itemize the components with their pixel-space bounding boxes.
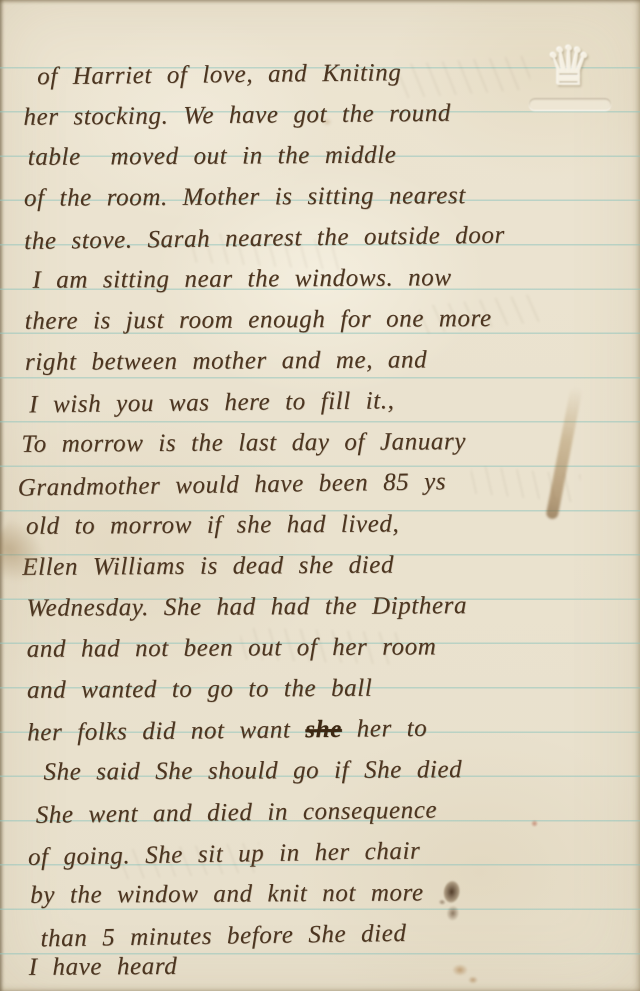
- letter-body: of Harriet of love, and Kniting her stoc…: [23, 58, 633, 991]
- handwritten-line: Grandmother would have been 85 ys: [18, 465, 631, 515]
- line-text-after-strike: her to: [342, 715, 428, 743]
- handwritten-line: of Harriet of love, and Kniting: [37, 57, 627, 105]
- handwritten-line: there is just room enough for one more: [25, 304, 629, 349]
- handwritten-line: of the room. Mother is sitting nearest: [24, 181, 628, 226]
- handwritten-line: than 5 minutes before She died: [40, 917, 633, 967]
- letter-page: ♛ of Harriet of love, and Kniting her st…: [0, 0, 640, 991]
- handwritten-line: I wish you was here to fill it.,: [29, 385, 629, 433]
- handwritten-line: the stove. Sarah nearest the outside doo…: [24, 220, 628, 269]
- handwritten-line: of going. She sit up in her chair: [28, 834, 633, 885]
- handwritten-line-with-strikethrough: her folks did not want she her to: [27, 713, 631, 761]
- handwritten-line: To morrow is the last day of January: [21, 427, 629, 472]
- handwritten-line: and had not been out of her room: [27, 632, 631, 677]
- handwritten-line: by the window and knit not more: [30, 878, 632, 923]
- handwritten-line: her stocking. We have got the round: [23, 98, 627, 145]
- handwritten-line: Wednesday. She had had the Dipthera: [26, 591, 630, 636]
- handwritten-line: I am sitting near the windows. now: [32, 263, 628, 308]
- handwritten-line: and wanted to go to the ball: [27, 673, 631, 718]
- handwritten-line: table moved out in the middle: [28, 140, 628, 185]
- handwritten-line: She said She should go if She died: [43, 755, 631, 800]
- handwritten-line: right between mother and me, and: [25, 345, 629, 390]
- struck-out-word: she: [305, 716, 342, 743]
- handwritten-line: Ellen Williams is dead she died: [22, 550, 630, 595]
- line-text-before-strike: her folks did not want: [27, 716, 305, 746]
- handwritten-line: old to morrow if she had lived,: [26, 509, 630, 554]
